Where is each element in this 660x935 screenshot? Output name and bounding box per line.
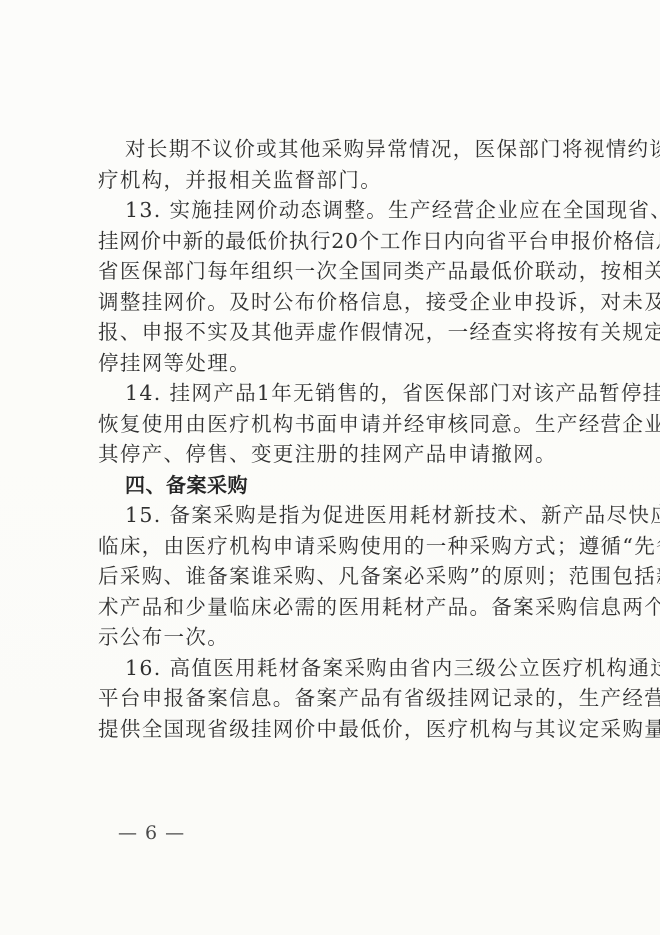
- paragraph-line: 疗机构，并报相关监督部门。: [98, 165, 562, 196]
- section-heading: 四、备案采购: [98, 470, 562, 501]
- paragraph-line: 临床，由医疗机构申请采购使用的一种采购方式；遵循“先备案: [98, 531, 562, 562]
- paragraph-line: 术产品和少量临床必需的医用耗材产品。备案采购信息两个月公: [98, 592, 562, 623]
- paragraph-line: 示公布一次。: [98, 622, 562, 653]
- paragraph-line: 后采购、谁备案谁采购、凡备案必采购”的原则；范围包括新技: [98, 561, 562, 592]
- page-number: — 6 —: [118, 822, 185, 844]
- document-page: 对长期不议价或其他采购异常情况，医保部门将视情约谈医 疗机构，并报相关监督部门。…: [0, 0, 660, 935]
- paragraph-line: 其停产、停售、变更注册的挂网产品申请撤网。: [98, 439, 562, 470]
- paragraph-line: 省医保部门每年组织一次全国同类产品最低价联动，按相关规则: [98, 256, 562, 287]
- paragraph-line: 挂网价中新的最低价执行20个工作日内向省平台申报价格信息；: [98, 226, 562, 257]
- document-body: 对长期不议价或其他采购异常情况，医保部门将视情约谈医 疗机构，并报相关监督部门。…: [98, 134, 562, 744]
- paragraph-line: 13. 实施挂网价动态调整。生产经营企业应在全国现省、市级: [98, 195, 562, 226]
- paragraph-line: 14. 挂网产品1年无销售的，省医保部门对该产品暂停挂网，: [98, 378, 562, 409]
- paragraph-line: 15. 备案采购是指为促进医用耗材新技术、新产品尽快应用于: [98, 500, 562, 531]
- paragraph-line: 对长期不议价或其他采购异常情况，医保部门将视情约谈医: [98, 134, 562, 165]
- paragraph-line: 平台申报备案信息。备案产品有省级挂网记录的，生产经营企业: [98, 683, 562, 714]
- paragraph-line: 报、申报不实及其他弄虚作假情况，一经查实将按有关规定作暂: [98, 317, 562, 348]
- paragraph-line: 16. 高值医用耗材备案采购由省内三级公立医疗机构通过省: [98, 653, 562, 684]
- paragraph-line: 提供全国现省级挂网价中最低价，医疗机构与其议定采购量、价: [98, 714, 562, 745]
- paragraph-line: 停挂网等处理。: [98, 348, 562, 379]
- paragraph-line: 调整挂网价。及时公布价格信息，接受企业申投诉，对未及时申: [98, 287, 562, 318]
- paragraph-line: 恢复使用由医疗机构书面申请并经审核同意。生产经营企业可对: [98, 409, 562, 440]
